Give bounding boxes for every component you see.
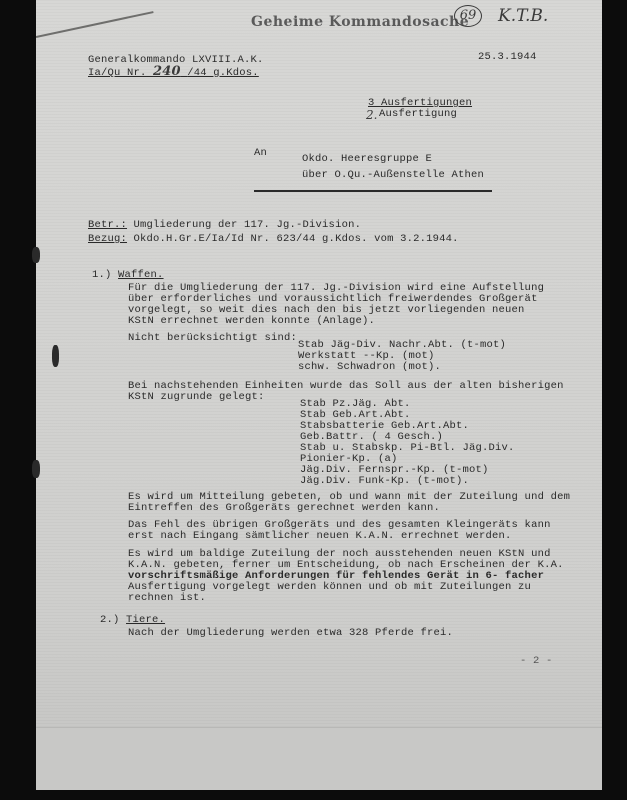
section-1-title: Waffen. — [118, 269, 164, 281]
section-2-heading: 2.) Tiere. — [100, 615, 165, 626]
punch-hole-mark — [52, 345, 59, 367]
not-considered-item: schw. Schwadron (mot). — [298, 362, 441, 373]
section-1-number: 1.) — [92, 269, 112, 281]
section-2-number: 2.) — [100, 614, 120, 626]
paragraph-4-line-5: rechnen ist. — [128, 593, 206, 604]
not-considered-label: Nicht berücksichtigt sind: — [128, 333, 297, 344]
recipient-line2: über O.Qu.-Außenstelle Athen — [302, 170, 484, 181]
section-2-text: Nach der Umgliederung werden etwa 328 Pf… — [128, 628, 453, 639]
sender-line2: Ia/Qu Nr. 240 /44 g.Kdos. — [88, 66, 259, 79]
paragraph-2-line-2: Eintreffen des Großgeräts gerechnet werd… — [128, 503, 440, 514]
sender-ref-suffix: /44 g.Kdos. — [187, 67, 259, 79]
paragraph-3-line-2: erst nach Eingang sämtlicher neuen K.A.N… — [128, 531, 512, 542]
section-1-heading: 1.) Waffen. — [92, 270, 164, 281]
betr-text: Umgliederung der 117. Jg.-Division. — [134, 219, 362, 231]
handwritten-number: 69 — [454, 5, 482, 27]
copy-number: 2. — [366, 108, 377, 122]
subject-betr: Betr.: Umgliederung der 117. Jg.-Divisio… — [88, 220, 361, 231]
page-marker: - 2 - — [520, 656, 553, 667]
old-kstn-unit: Jäg.Div. Funk-Kp. (t-mot). — [300, 476, 469, 487]
bezug-label: Bezug: — [88, 233, 127, 245]
paper-crease — [36, 11, 154, 38]
punch-hole-mark — [32, 247, 40, 263]
recipient-line1: Okdo. Heeresgruppe E — [302, 154, 432, 165]
section-1-intro-4: KStN errechnet werden konnte (Anlage). — [128, 316, 375, 327]
bezug-text: Okdo.H.Gr.E/Ia/Id Nr. 623/44 g.Kdos. vom… — [134, 233, 459, 245]
document-date: 25.3.1944 — [478, 52, 537, 63]
handwritten-note: K.T.B. — [498, 6, 548, 26]
section-2-title: Tiere. — [126, 614, 165, 626]
recipient-prefix: An — [254, 148, 267, 159]
recipient-underline — [254, 190, 492, 192]
paper-lower-sheet — [36, 727, 602, 790]
copy-label: Ausfertigung — [379, 109, 457, 120]
punch-hole-mark — [32, 460, 40, 478]
sender-ref-prefix: Ia/Qu Nr. — [88, 67, 147, 79]
betr-label: Betr.: — [88, 219, 127, 231]
old-kstn-line-2: KStN zugrunde gelegt: — [128, 392, 265, 403]
document-page: Geheime Kommandosache 69 K.T.B. Generalk… — [36, 0, 602, 790]
classification-stamp: Geheime Kommandosache — [251, 14, 469, 30]
subject-bezug: Bezug: Okdo.H.Gr.E/Ia/Id Nr. 623/44 g.Kd… — [88, 234, 459, 245]
sender-ref-number: 240 — [153, 64, 181, 79]
